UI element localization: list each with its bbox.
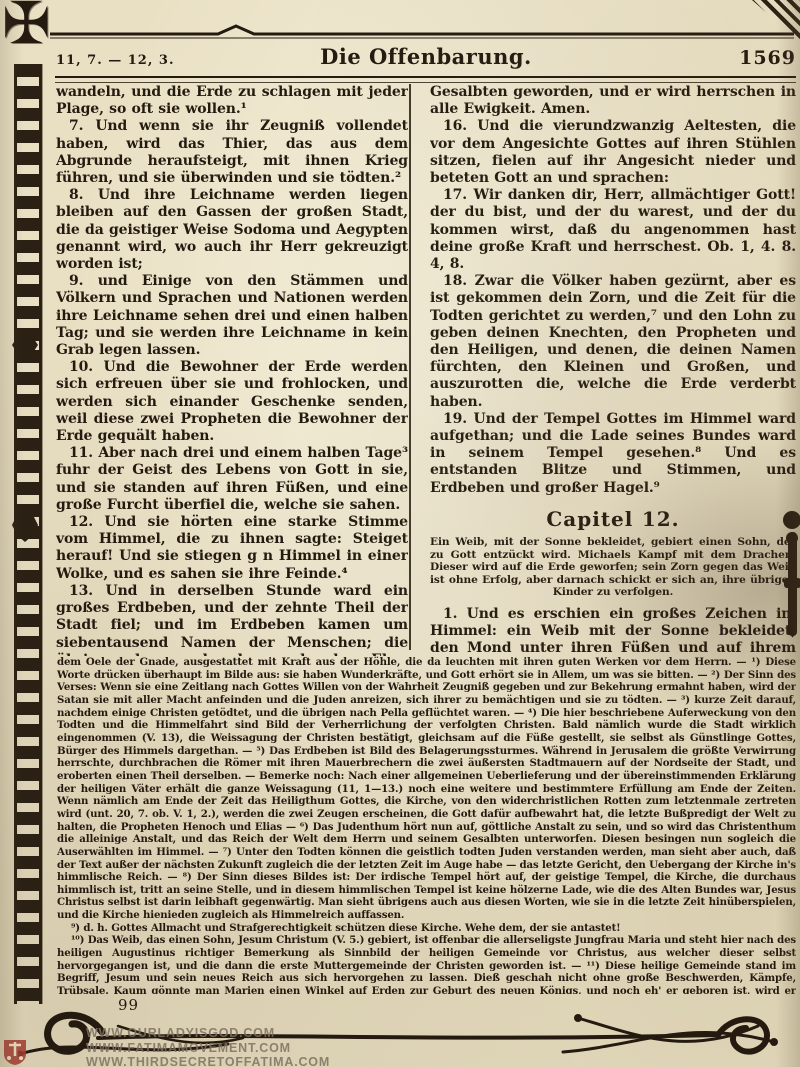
verse-paragraph: 17. Wir danken dir, Herr, allmächtiger G… <box>430 187 796 273</box>
chapter-summary: Ein Weib, mit der Sonne bekleidet, gebie… <box>430 536 796 599</box>
watermark-urls: WWW.OURLADYISGOD.COM WWW.FATIMAMOVEMENT.… <box>86 1026 330 1067</box>
watermark-url: WWW.THIRDSECRETOFFATIMA.COM <box>86 1055 330 1067</box>
verse-paragraph: 16. Und die vierundzwanzig Aeltesten, di… <box>430 118 796 187</box>
verse-paragraph: 8. Und ihre Leichname werden liegen blei… <box>56 187 408 273</box>
right-column: Gesalbten geworden, und er wird herrsche… <box>430 84 796 656</box>
book-title: Die Offenbarung. <box>226 44 626 69</box>
chapter-heading: Capitel 12. <box>430 511 796 528</box>
red-crest-icon <box>2 1038 28 1066</box>
left-column: wandeln, und die Erde zu schlagen mit je… <box>56 84 408 656</box>
verse-paragraph: 18. Zwar die Völker haben gezürnt, aber … <box>430 273 796 411</box>
verse-paragraph: 9. und Einige von den Stämmen und Völker… <box>56 273 408 359</box>
header-rule <box>55 76 796 83</box>
watermark-url: WWW.OURLADYISGOD.COM <box>86 1026 330 1041</box>
footnote-paragraph: dem Oele der Gnade, ausgestattet mit Kra… <box>57 656 796 922</box>
verse-paragraph: 12. Und sie hörten eine starke Stimme vo… <box>56 514 408 583</box>
verse-paragraph: 13. Und in derselben Stunde ward ein gro… <box>56 583 408 656</box>
verse-paragraph: wandeln, und die Erde zu schlagen mit je… <box>56 84 408 118</box>
cross-icon: ✠ <box>2 0 51 52</box>
verse-paragraph: 10. Und die Bewohner der Erde werden sic… <box>56 359 408 445</box>
scanned-bible-page: ✠ 11, 7. — 12, 3. Die Offenbarung. 1569 … <box>0 0 800 1067</box>
footnote-paragraph: ¹⁰) Das Weib, das einen Sohn, Jesum Chri… <box>57 934 796 994</box>
page-header: 11, 7. — 12, 3. Die Offenbarung. 1569 <box>56 44 796 69</box>
column-divider-rule <box>409 84 411 650</box>
verse-paragraph: 7. Und wenn sie ihr Zeugniß vollendet ha… <box>56 118 408 187</box>
watermark-url: WWW.FATIMAMOVEMENT.COM <box>86 1041 330 1056</box>
page-number: 1569 <box>626 47 796 69</box>
top-rule-ornament <box>48 22 796 40</box>
verse-paragraph: 11. Aber nach drei und einem halben Tage… <box>56 445 408 514</box>
footnotes-block: dem Oele der Gnade, ausgestattet mit Kra… <box>57 656 796 994</box>
text-columns: wandeln, und die Erde zu schlagen mit je… <box>56 84 796 656</box>
verse-paragraph: Gesalbten geworden, und er wird herrsche… <box>430 84 796 118</box>
verse-paragraph: 1. Und es erschien ein großes Zeichen im… <box>430 606 796 656</box>
verse-reference: 11, 7. — 12, 3. <box>56 53 226 68</box>
footnote-paragraph: ⁹) d. h. Gottes Allmacht und Strafgerech… <box>57 922 796 935</box>
verse-paragraph: 19. Und der Tempel Gottes im Himmel ward… <box>430 411 796 497</box>
